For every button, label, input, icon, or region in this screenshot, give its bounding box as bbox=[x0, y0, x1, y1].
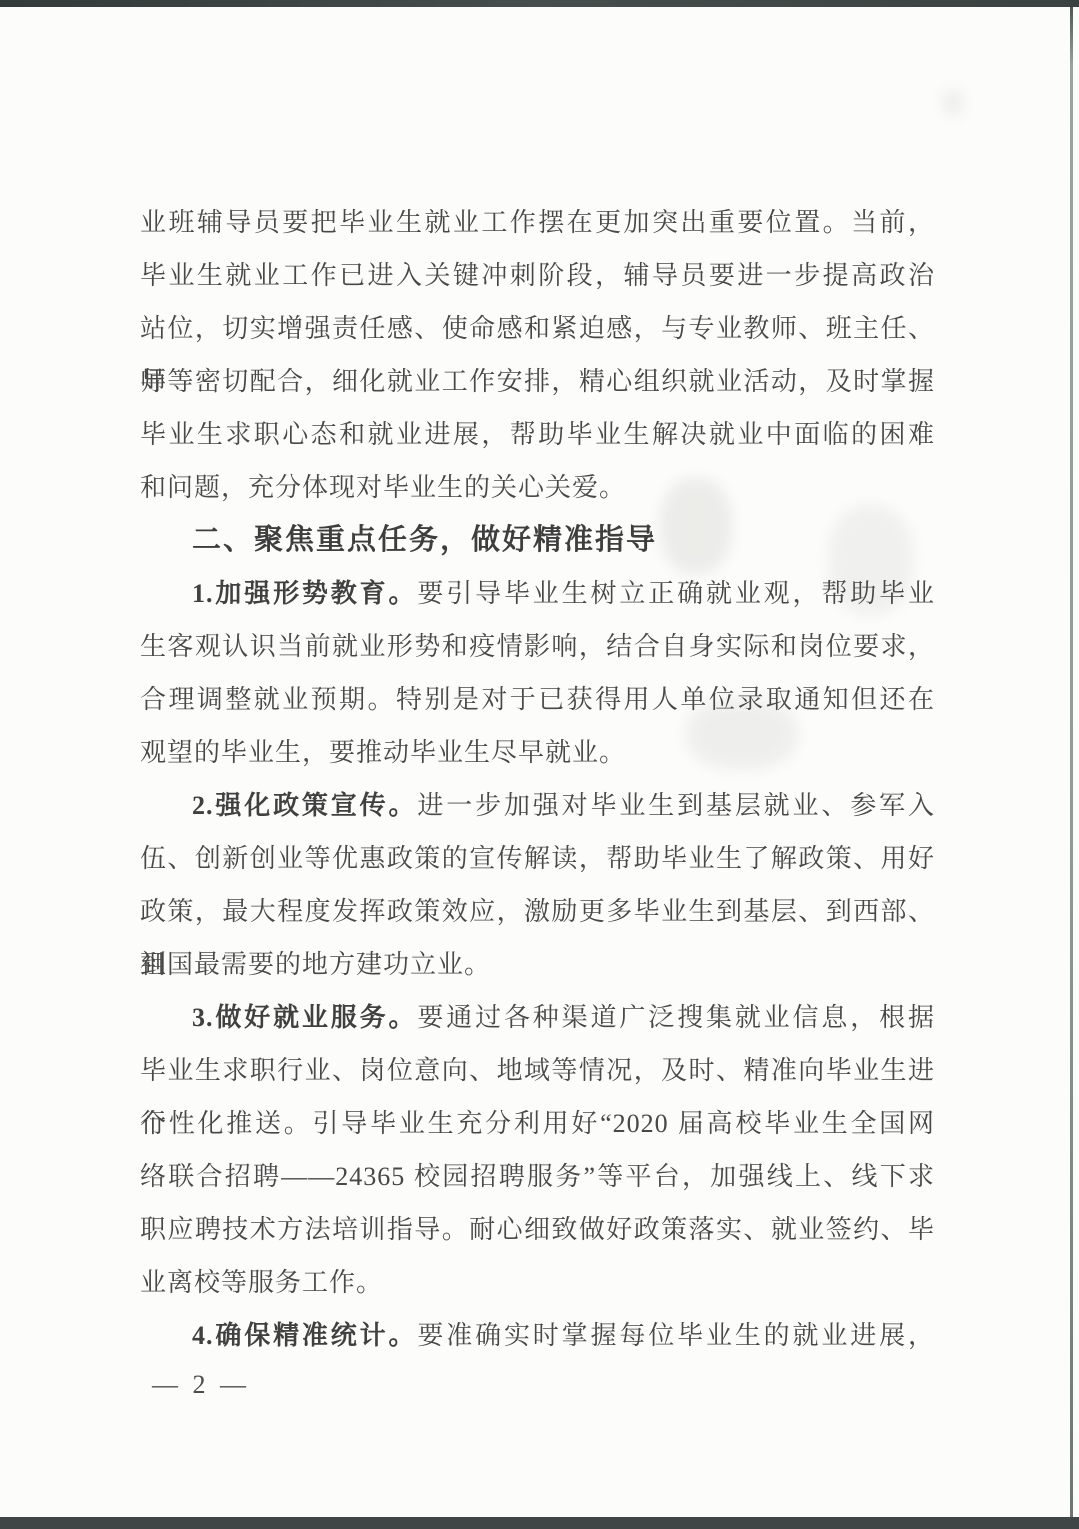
list-item-line: 2.强化政策宣传。进一步加强对毕业生到基层就业、参军入 bbox=[140, 779, 935, 832]
body-line: 业离校等服务工作。 bbox=[140, 1256, 935, 1309]
body-text: 祖国最需要的地方建功立业。 bbox=[140, 950, 491, 979]
body-line: 毕业生求职行业、岗位意向、地域等情况，及时、精准向毕业生进行 bbox=[140, 1044, 935, 1097]
body-line: 生客观认识当前就业形势和疫情影响，结合自身实际和岗位要求， bbox=[140, 620, 935, 673]
body-text: 个性化推送。引导毕业生充分利用好“2020 届高校毕业生全国网 bbox=[140, 1109, 935, 1138]
body-text: 伍、创新创业等优惠政策的宣传解读，帮助毕业生了解政策、用好 bbox=[140, 844, 935, 873]
body-text: 和问题，充分体现对毕业生的关心关爱。 bbox=[140, 473, 626, 502]
body-text: 师等密切配合，细化就业工作安排，精心组织就业活动，及时掌握 bbox=[140, 367, 935, 396]
body-text: 业班辅导员要把毕业生就业工作摆在更加突出重要位置。当前， bbox=[140, 208, 935, 237]
item-lead: 4.确保精准统计。 bbox=[192, 1321, 417, 1350]
body-text: 合理调整就业预期。特别是对于已获得用人单位录取通知但还在 bbox=[140, 685, 935, 714]
item-lead: 2.强化政策宣传。 bbox=[192, 791, 417, 820]
list-item-line: 4.确保精准统计。要准确实时掌握每位毕业生的就业进展， bbox=[140, 1309, 935, 1362]
item-lead: 1.加强形势教育。 bbox=[192, 579, 417, 608]
page-number: — 2 — bbox=[152, 1368, 250, 1402]
body-text: 观望的毕业生，要推动毕业生尽早就业。 bbox=[140, 738, 626, 767]
body-line: 和问题，充分体现对毕业生的关心关爱。 bbox=[140, 461, 935, 514]
section-heading-text: 二、聚焦重点任务，做好精准指导 bbox=[192, 524, 657, 556]
body-line: 毕业生求职心态和就业进展，帮助毕业生解决就业中面临的困难 bbox=[140, 408, 935, 461]
body-text: 要引导毕业生树立正确就业观，帮助毕业 bbox=[417, 579, 935, 608]
body-line: 职应聘技术方法培训指导。耐心细致做好政策落实、就业签约、毕 bbox=[140, 1203, 935, 1256]
body-line: 络联合招聘——24365 校园招聘服务”等平台，加强线上、线下求 bbox=[140, 1150, 935, 1203]
list-item-line: 3.做好就业服务。要通过各种渠道广泛搜集就业信息，根据 bbox=[140, 991, 935, 1044]
body-text: 要准确实时掌握每位毕业生的就业进展， bbox=[417, 1321, 935, 1350]
body-line: 师等密切配合，细化就业工作安排，精心组织就业活动，及时掌握 bbox=[140, 355, 935, 408]
body-text: 业离校等服务工作。 bbox=[140, 1268, 383, 1297]
body-text: 进一步加强对毕业生到基层就业、参军入 bbox=[417, 791, 935, 820]
body-line: 站位，切实增强责任感、使命感和紧迫感，与专业教师、班主任、导 bbox=[140, 302, 935, 355]
body-line: 伍、创新创业等优惠政策的宣传解读，帮助毕业生了解政策、用好 bbox=[140, 832, 935, 885]
item-lead: 3.做好就业服务。 bbox=[192, 1003, 417, 1032]
body-line: 个性化推送。引导毕业生充分利用好“2020 届高校毕业生全国网 bbox=[140, 1097, 935, 1150]
body-text: 络联合招聘——24365 校园招聘服务”等平台，加强线上、线下求 bbox=[140, 1162, 935, 1191]
body-text: 生客观认识当前就业形势和疫情影响，结合自身实际和岗位要求， bbox=[140, 632, 935, 661]
document-body: 业班辅导员要把毕业生就业工作摆在更加突出重要位置。当前， 毕业生就业工作已进入关… bbox=[140, 196, 935, 1362]
body-line: 祖国最需要的地方建功立业。 bbox=[140, 938, 935, 991]
section-heading: 二、聚焦重点任务，做好精准指导 bbox=[140, 514, 935, 567]
body-text: 要通过各种渠道广泛搜集就业信息，根据 bbox=[417, 1003, 935, 1032]
body-text: 职应聘技术方法培训指导。耐心细致做好政策落实、就业签约、毕 bbox=[140, 1215, 935, 1244]
body-line: 业班辅导员要把毕业生就业工作摆在更加突出重要位置。当前， bbox=[140, 196, 935, 249]
scanned-document-page: 业班辅导员要把毕业生就业工作摆在更加突出重要位置。当前， 毕业生就业工作已进入关… bbox=[0, 0, 1079, 1529]
scan-edge-top bbox=[0, 0, 1079, 7]
body-line: 观望的毕业生，要推动毕业生尽早就业。 bbox=[140, 726, 935, 779]
scan-edge-right bbox=[1070, 7, 1073, 1517]
body-line: 政策，最大程度发挥政策效应，激励更多毕业生到基层、到西部、到 bbox=[140, 885, 935, 938]
scan-edge-bottom bbox=[0, 1517, 1079, 1529]
body-text: 毕业生求职心态和就业进展，帮助毕业生解决就业中面临的困难 bbox=[140, 420, 935, 449]
body-line: 合理调整就业预期。特别是对于已获得用人单位录取通知但还在 bbox=[140, 673, 935, 726]
body-line: 毕业生就业工作已进入关键冲刺阶段，辅导员要进一步提高政治 bbox=[140, 249, 935, 302]
scan-smudge bbox=[943, 90, 963, 116]
list-item-line: 1.加强形势教育。要引导毕业生树立正确就业观，帮助毕业 bbox=[140, 567, 935, 620]
body-text: 毕业生就业工作已进入关键冲刺阶段，辅导员要进一步提高政治 bbox=[140, 261, 935, 290]
